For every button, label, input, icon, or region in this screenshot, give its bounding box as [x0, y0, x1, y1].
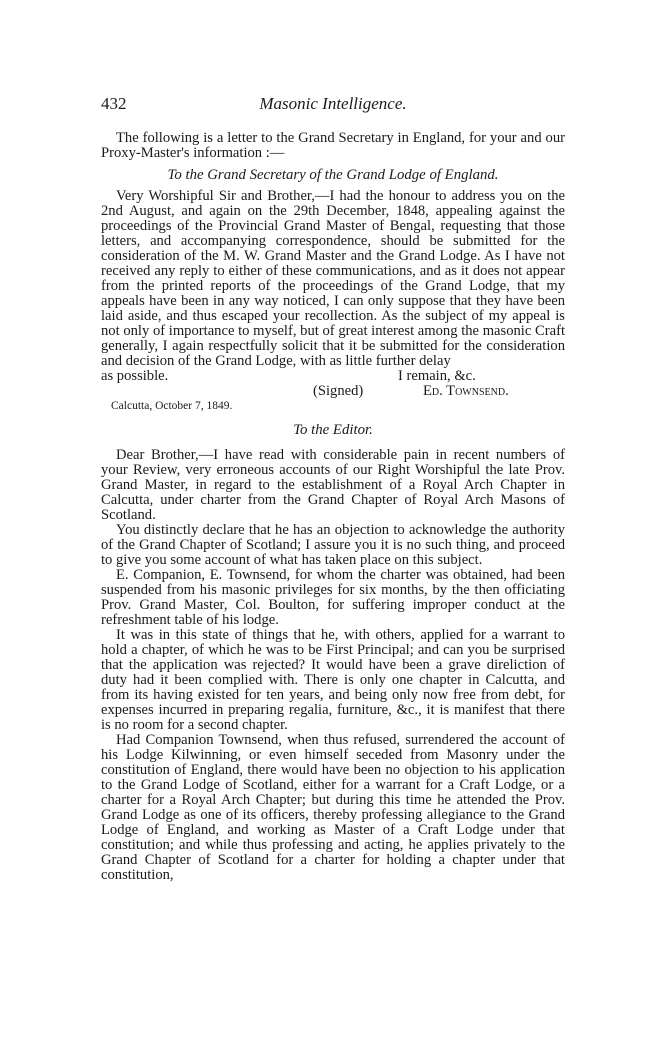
- letter1-dateline: Calcutta, October 7, 1849.: [101, 399, 565, 413]
- letter2-heading: To the Editor.: [101, 423, 565, 438]
- signer-name: Ed. Townsend.: [423, 384, 509, 399]
- letter2-paragraph: E. Companion, E. Townsend, for whom the …: [101, 568, 565, 628]
- letter2-paragraph: You distinctly declare that he has an ob…: [101, 523, 565, 568]
- page-header: 432 Masonic Intelligence.: [101, 94, 565, 114]
- page-body: The following is a letter to the Grand S…: [101, 131, 565, 883]
- letter1-body: Very Worshipful Sir and Brother,—I had t…: [101, 189, 565, 369]
- signed-label: (Signed): [313, 384, 363, 399]
- letter2-paragraph: Dear Brother,—I have read with considera…: [101, 448, 565, 523]
- letter1-heading: To the Grand Secretary of the Grand Lodg…: [101, 168, 565, 183]
- letter2-paragraph: It was in this state of things that he, …: [101, 628, 565, 733]
- running-head: Masonic Intelligence.: [101, 94, 565, 114]
- letter1-closing-line: as possible. I remain, &c.: [101, 369, 565, 384]
- intro-paragraph: The following is a letter to the Grand S…: [101, 131, 565, 161]
- letter2-paragraph: Had Companion Townsend, when thus refuse…: [101, 733, 565, 883]
- letter1-closing: I remain, &c.: [398, 369, 476, 384]
- document-page: 432 Masonic Intelligence. The following …: [101, 94, 565, 883]
- letter1-last-line: as possible.: [101, 368, 168, 384]
- letter1-signature-line: (Signed) Ed. Townsend.: [101, 384, 565, 399]
